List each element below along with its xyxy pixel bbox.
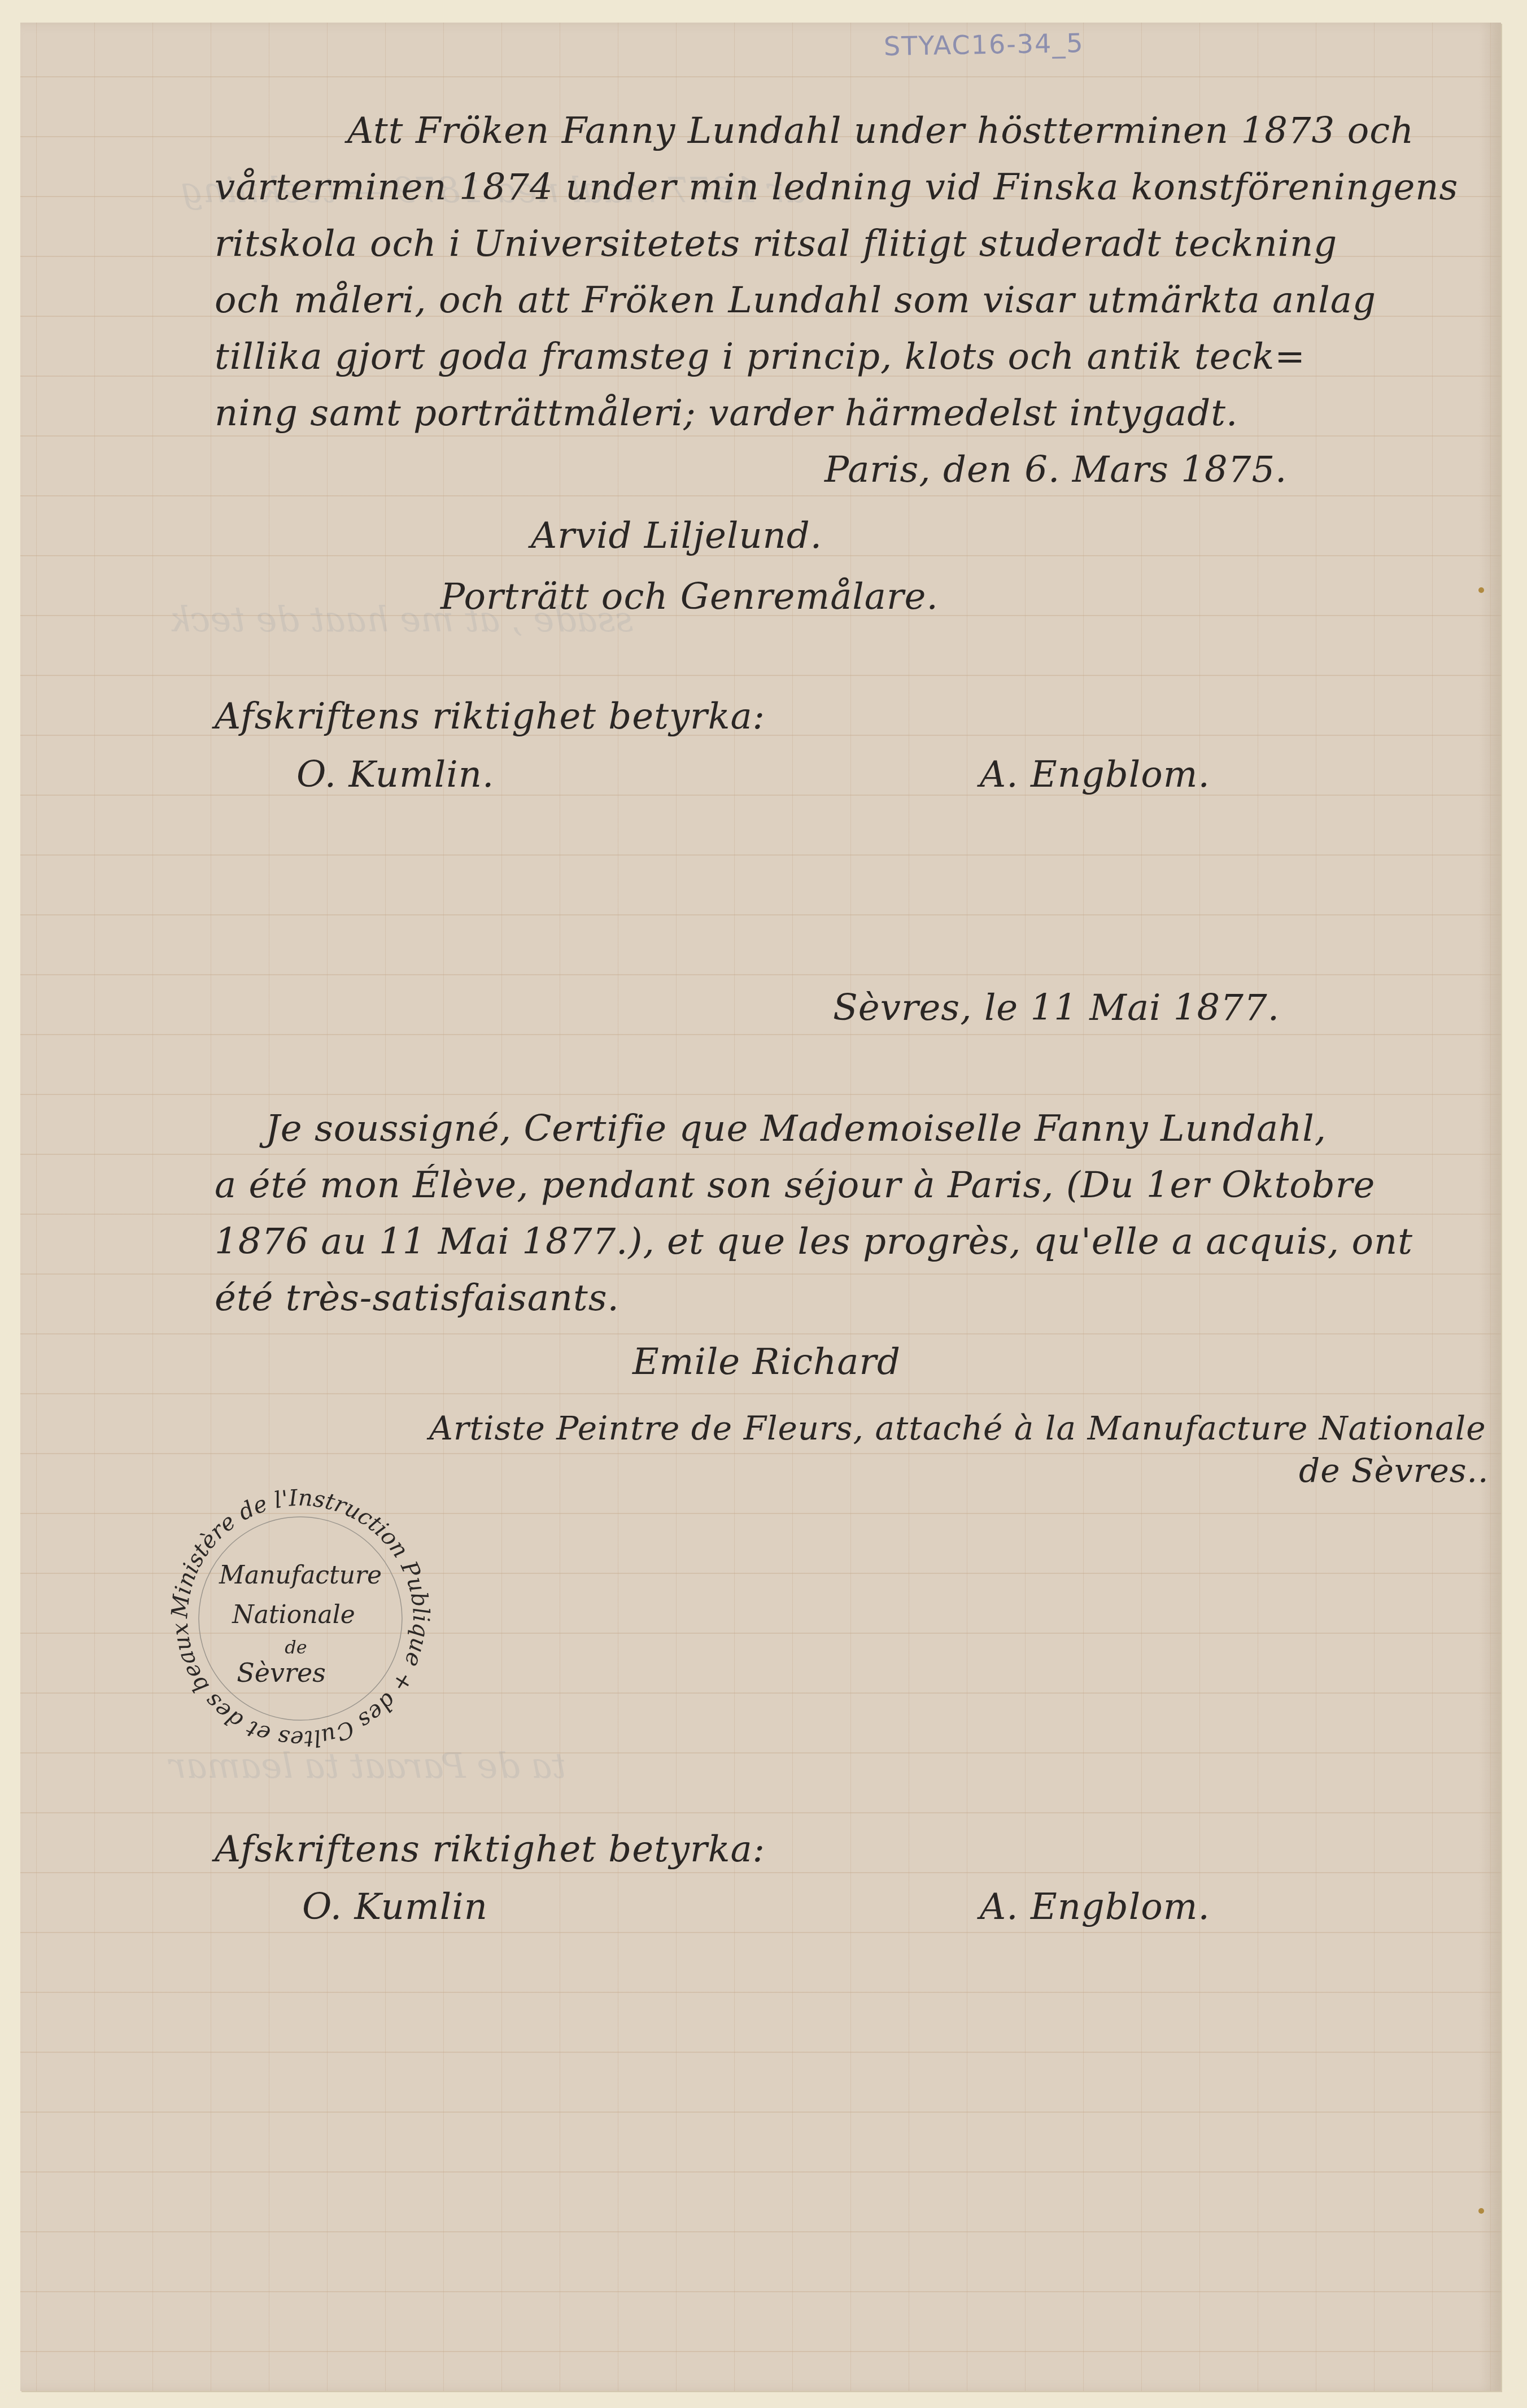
body-line: Je soussigné, Certifie que Mademoiselle … (265, 1108, 1327, 1150)
body-line: ning samt porträttmåleri; varder härmede… (215, 392, 1238, 434)
body-line: Att Fröken Fanny Lundahl under hösttermi… (347, 110, 1414, 152)
body-line: été très-satisfaisants. (215, 1277, 619, 1319)
stamp-center-line: Sèvres (237, 1657, 326, 1688)
document-page (20, 23, 1501, 2391)
punch-hole (1478, 2208, 1484, 2214)
body-line: 1876 au 11 Mai 1877.), et que les progrè… (215, 1221, 1413, 1263)
body-line: ritskola och i Universitetets ritsal fli… (215, 223, 1337, 265)
signatory-title: Artiste Peintre de Fleurs, attaché à la … (429, 1409, 1486, 1447)
attestation-signer-kumlin: O. Kumlin (302, 1886, 488, 1928)
stamp-center-line: de (285, 1637, 307, 1658)
body-line: tillika gjort goda framsteg i princip, k… (215, 336, 1306, 378)
signatory-title: Porträtt och Genremålare. (440, 576, 939, 618)
signatory-title-continued: de Sèvres.. (1299, 1451, 1489, 1490)
signatory-name: Arvid Liljelund. (531, 515, 822, 557)
place-date: Sèvres, le 11 Mai 1877. (833, 987, 1280, 1029)
place-date: Paris, den 6. Mars 1875. (824, 449, 1287, 491)
body-line: och måleri, och att Fröken Lundahl som v… (215, 280, 1376, 321)
attestation-signer-engblom: A. Engblom. (980, 754, 1210, 796)
attestation-signer-engblom: A. Engblom. (980, 1886, 1210, 1928)
stamp-center-line: Manufacture (219, 1561, 382, 1590)
stamp-seal-icon: Ministère de l'Instruction Publique + de… (171, 1489, 430, 1748)
body-line: vårterminen 1874 under min ledning vid F… (215, 167, 1458, 208)
page-edge-shadow (1478, 23, 1501, 2391)
attestation-signer-kumlin: O. Kumlin. (296, 754, 494, 796)
body-line: a été mon Élève, pendant son séjour à Pa… (215, 1164, 1375, 1206)
stamp-center-line: Nationale (232, 1600, 355, 1629)
bleed-through-text: ta de Paraat ta leamar (169, 1745, 566, 1786)
punch-hole (1478, 587, 1484, 593)
attestation-label: Afskriftens riktighet betyrka: (215, 1829, 765, 1870)
archive-reference-label: STYAC16-34_5 (884, 28, 1084, 62)
attestation-label: Afskriftens riktighet betyrka: (215, 696, 765, 738)
manufacture-nationale-stamp: Ministère de l'Instruction Publique + de… (171, 1489, 430, 1748)
signatory-name: Emile Richard (632, 1341, 901, 1383)
